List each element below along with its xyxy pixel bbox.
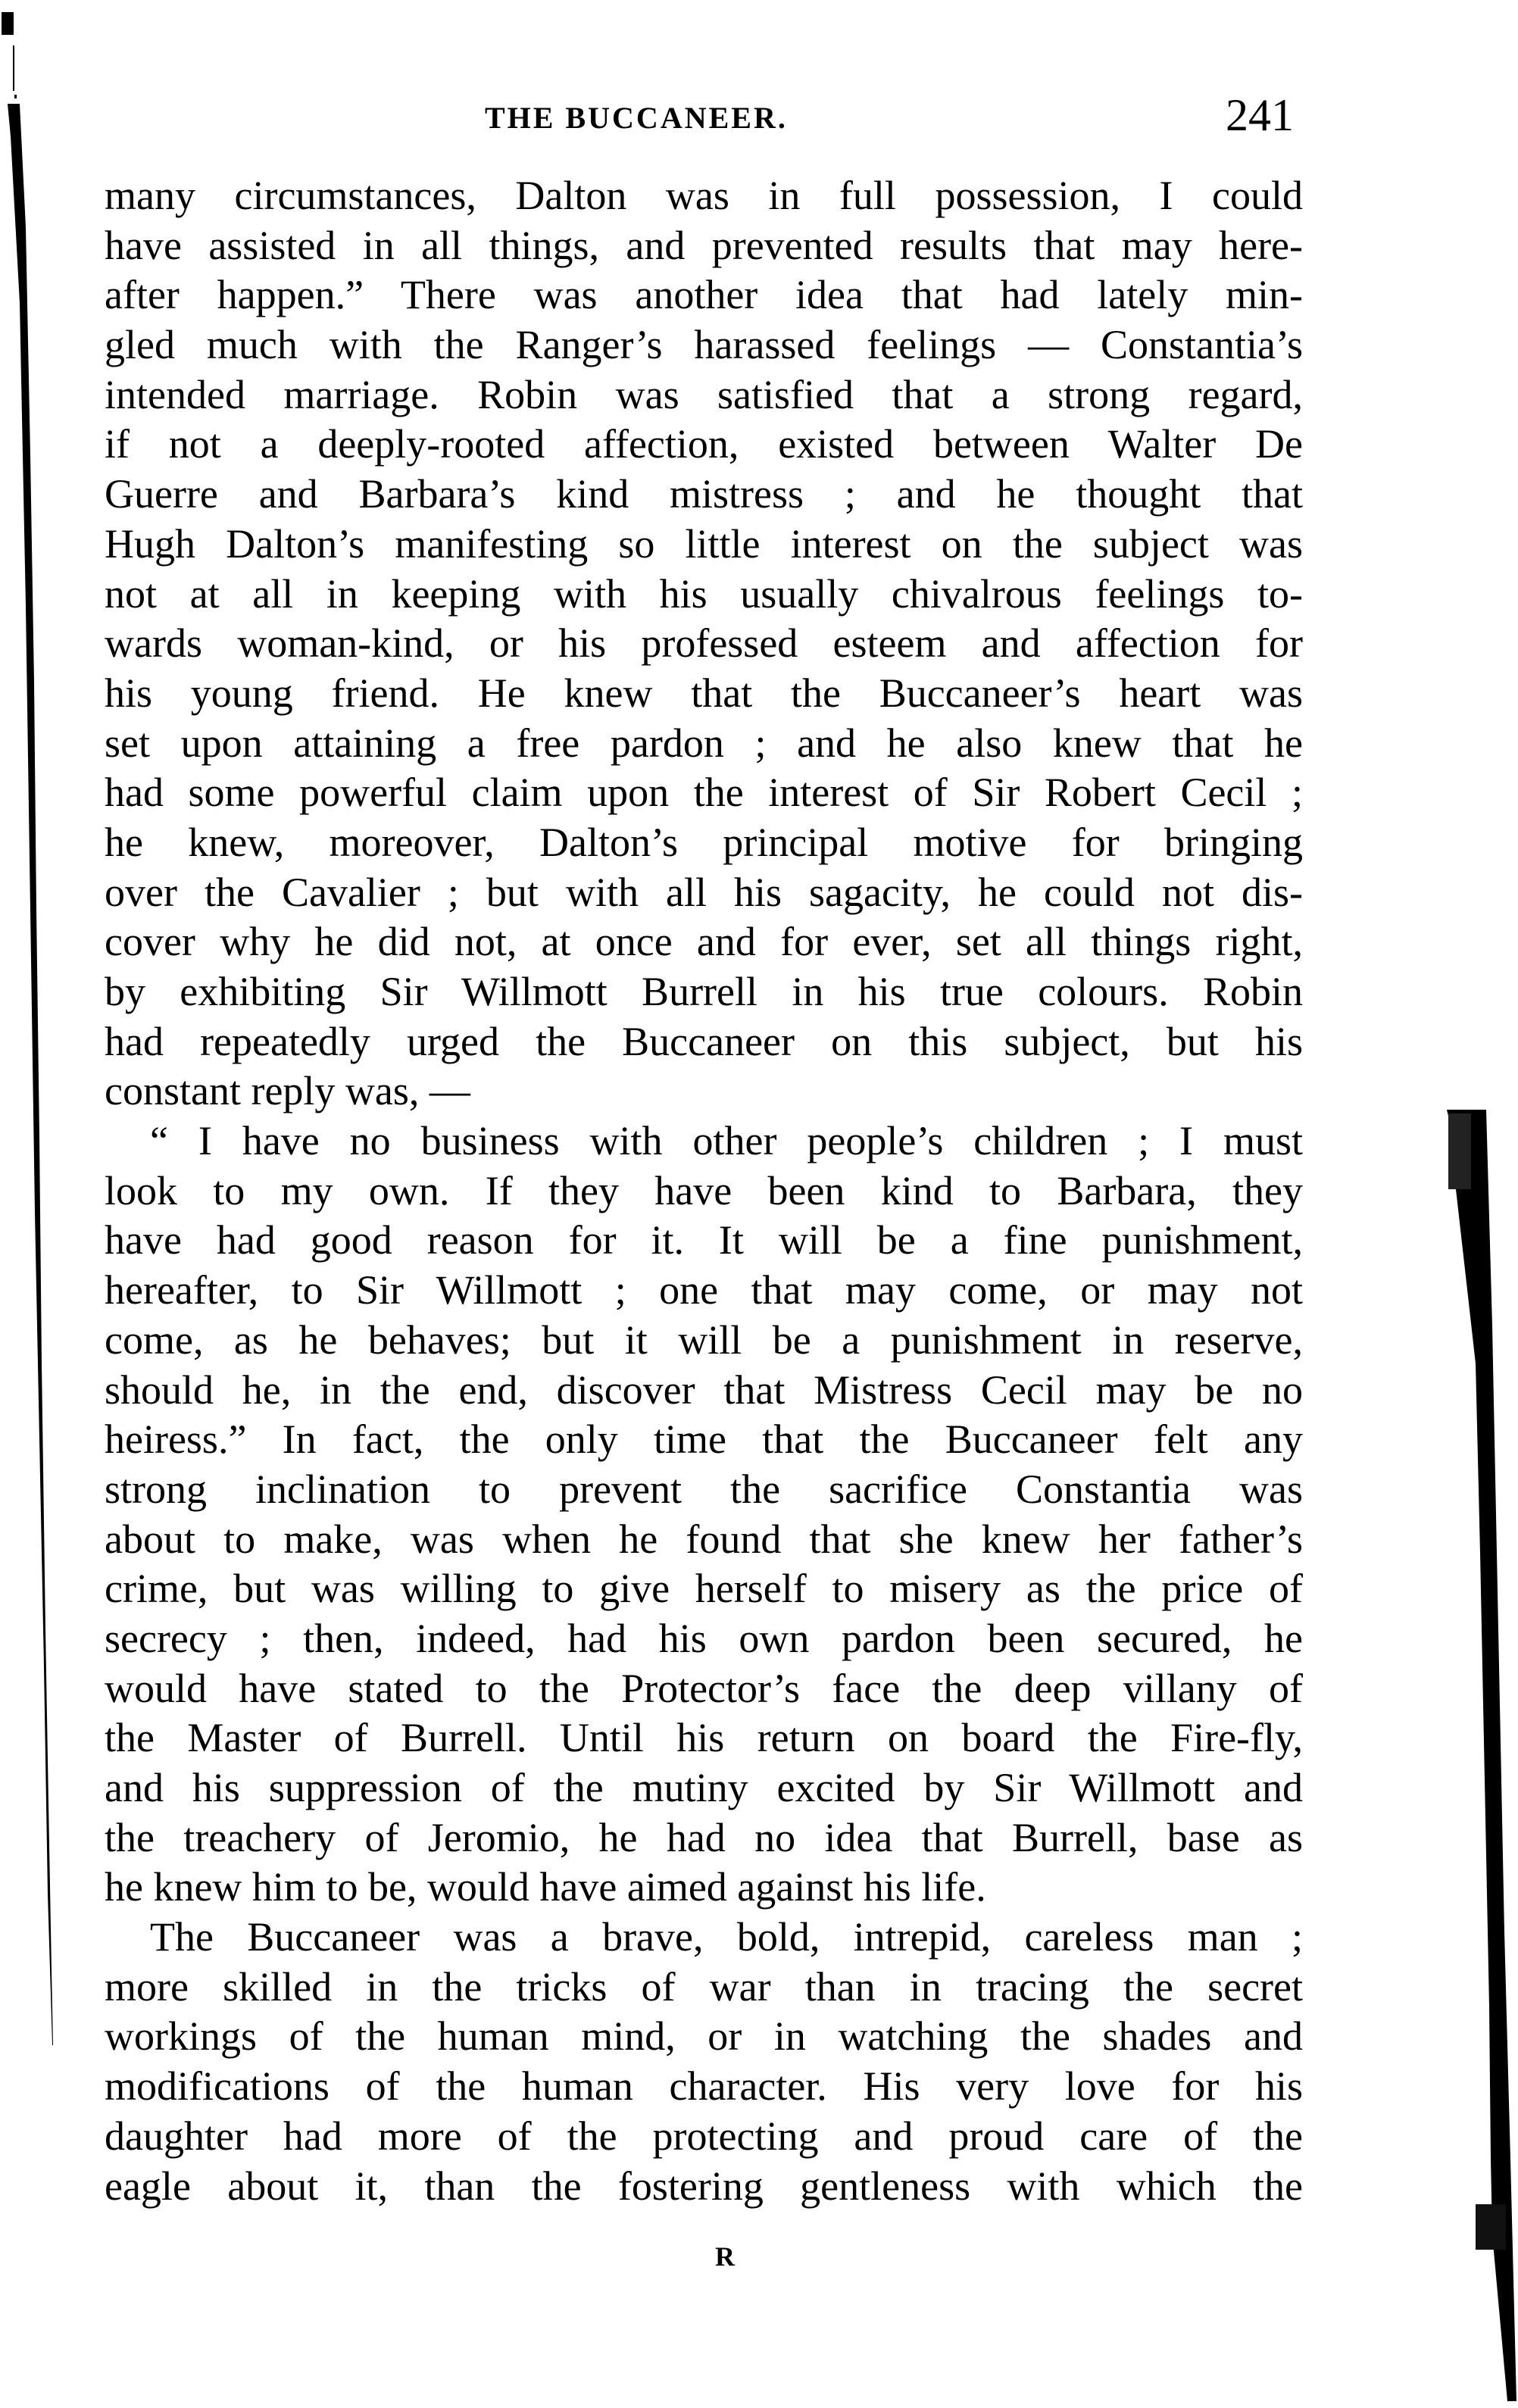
text-line: set upon attaining a free pardon ; and h… — [105, 719, 1303, 769]
text-line: gled much with the Ranger’s harassed fee… — [105, 320, 1303, 370]
text-line: his young friend. He knew that the Bucca… — [105, 669, 1303, 719]
text-line: strong inclination to prevent the sacrif… — [105, 1465, 1303, 1515]
text-line: after happen.” There was another idea th… — [105, 270, 1303, 320]
signature-mark: R — [715, 2241, 735, 2272]
text-line: Hugh Dalton’s manifesting so little inte… — [105, 520, 1303, 570]
text-line: more skilled in the tricks of war than i… — [105, 1963, 1303, 2013]
text-line: constant reply was, — — [105, 1067, 1303, 1117]
text-line: crime, but was willing to give herself t… — [105, 1564, 1303, 1614]
text-line: come, as he behaves; but it will be a pu… — [105, 1316, 1303, 1366]
body-text: many circumstances, Dalton was in full p… — [105, 171, 1303, 2211]
text-line: the Master of Burrell. Until his return … — [105, 1713, 1303, 1763]
text-line: over the Cavalier ; but with all his sag… — [105, 868, 1303, 918]
text-line: wards woman-kind, or his professed estee… — [105, 619, 1303, 669]
text-line: secrecy ; then, indeed, had his own pard… — [105, 1614, 1303, 1664]
text-line: not at all in keeping with his usually c… — [105, 570, 1303, 620]
running-title: THE BUCCANEER. — [485, 100, 788, 136]
text-line: and his suppression of the mutiny excite… — [105, 1763, 1303, 1813]
text-line: The Buccaneer was a brave, bold, intrepi… — [105, 1913, 1303, 1963]
text-line: would have stated to the Protector’s fac… — [105, 1664, 1303, 1714]
text-line: had repeatedly urged the Buccaneer on th… — [105, 1017, 1303, 1067]
page-number: 241 — [1226, 89, 1294, 142]
text-line: modifications of the human character. Hi… — [105, 2062, 1303, 2112]
text-line: eagle about it, than the fostering gentl… — [105, 2162, 1303, 2212]
text-line: should he, in the end, discover that Mis… — [105, 1366, 1303, 1416]
running-head: THE BUCCANEER. 241 — [0, 91, 1518, 151]
text-line: the treachery of Jeromio, he had no idea… — [105, 1813, 1303, 1863]
text-line: had some powerful claim upon the interes… — [105, 768, 1303, 818]
text-line: he knew, moreover, Dalton’s principal mo… — [105, 818, 1303, 868]
text-line: about to make, was when he found that sh… — [105, 1515, 1303, 1565]
text-line: by exhibiting Sir Willmott Burrell in hi… — [105, 967, 1303, 1017]
text-line: have assisted in all things, and prevent… — [105, 221, 1303, 271]
text-line: look to my own. If they have been kind t… — [105, 1167, 1303, 1216]
text-line: Guerre and Barbara’s kind mistress ; and… — [105, 470, 1303, 520]
book-page: THE BUCCANEER. 241 many circumstances, D… — [0, 0, 1518, 2408]
text-line: if not a deeply-rooted affection, existe… — [105, 420, 1303, 470]
text-line: hereafter, to Sir Willmott ; one that ma… — [105, 1266, 1303, 1316]
text-line: many circumstances, Dalton was in full p… — [105, 171, 1303, 221]
text-line: “ I have no business with other people’s… — [105, 1117, 1303, 1167]
scanner-edge-shadow — [1401, 1098, 1518, 2408]
text-line: have had good reason for it. It will be … — [105, 1216, 1303, 1266]
text-line: cover why he did not, at once and for ev… — [105, 917, 1303, 967]
text-line: daughter had more of the protecting and … — [105, 2112, 1303, 2162]
binding-shadow — [0, 0, 61, 2408]
text-line: workings of the human mind, or in watchi… — [105, 2012, 1303, 2062]
text-line: he knew him to be, would have aimed agai… — [105, 1863, 1303, 1913]
text-line: heiress.” In fact, the only time that th… — [105, 1415, 1303, 1465]
text-line: intended marriage. Robin was satisfied t… — [105, 370, 1303, 420]
